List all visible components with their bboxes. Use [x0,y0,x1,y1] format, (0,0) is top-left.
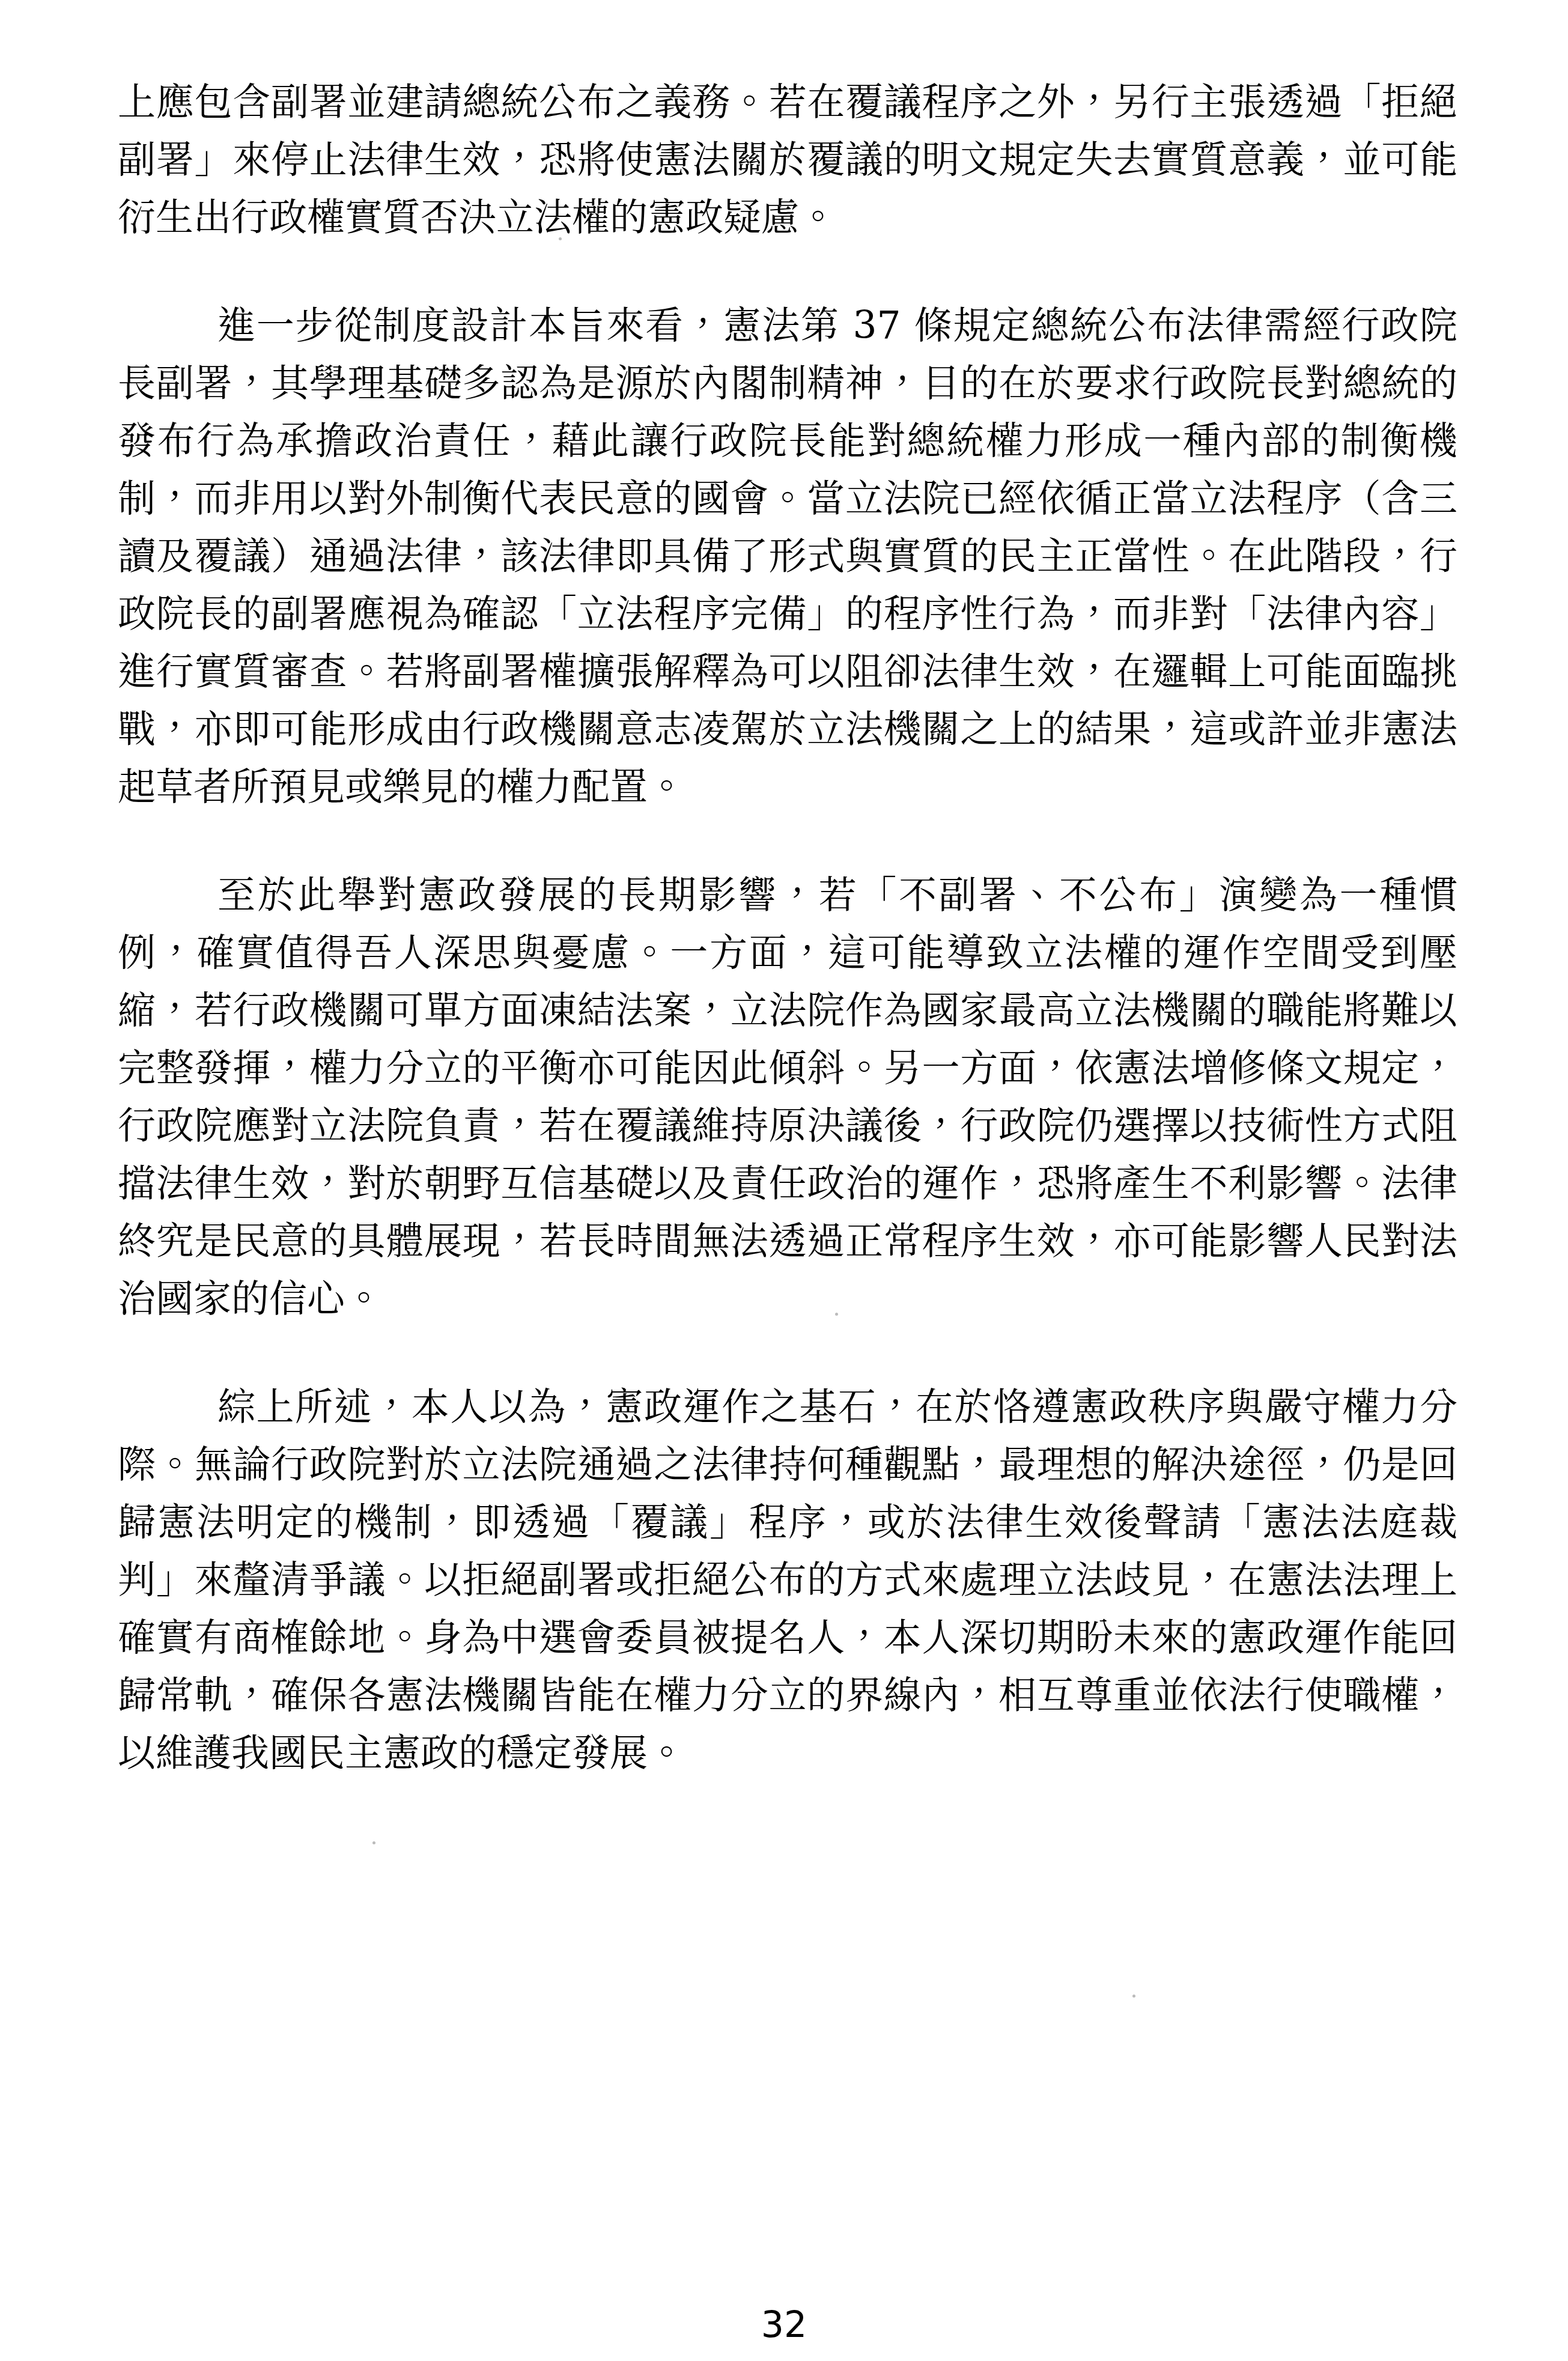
scan-speck [997,454,1000,457]
page-number: 32 [761,2306,807,2344]
scan-speck [559,237,562,240]
paragraph-1: 上應包含副署並建請總統公布之義務。若在覆議程序之外，另行主張透過「拒絕副署」來停… [118,73,1457,246]
page-footer: 32 [0,2306,1568,2344]
scan-speck [835,1313,838,1316]
scan-speck [1132,1995,1135,1998]
scan-speck [372,1841,375,1844]
paragraph-2: 進一步從制度設計本旨來看，憲法第 37 條規定總統公布法律需經行政院長副署，其學… [118,297,1457,816]
paragraph-4: 綜上所述，本人以為，憲政運作之基石，在於恪遵憲政秩序與嚴守權力分際。無論行政院對… [118,1378,1457,1782]
document-page: 上應包含副署並建請總統公布之義務。若在覆議程序之外，另行主張透過「拒絕副署」來停… [0,0,1568,2361]
paragraph-3: 至於此舉對憲政發展的長期影響，若「不副署、不公布」演變為一種慣例，確實值得吾人深… [118,866,1457,1328]
document-body: 上應包含副署並建請總統公布之義務。若在覆議程序之外，另行主張透過「拒絕副署」來停… [118,73,1457,1782]
